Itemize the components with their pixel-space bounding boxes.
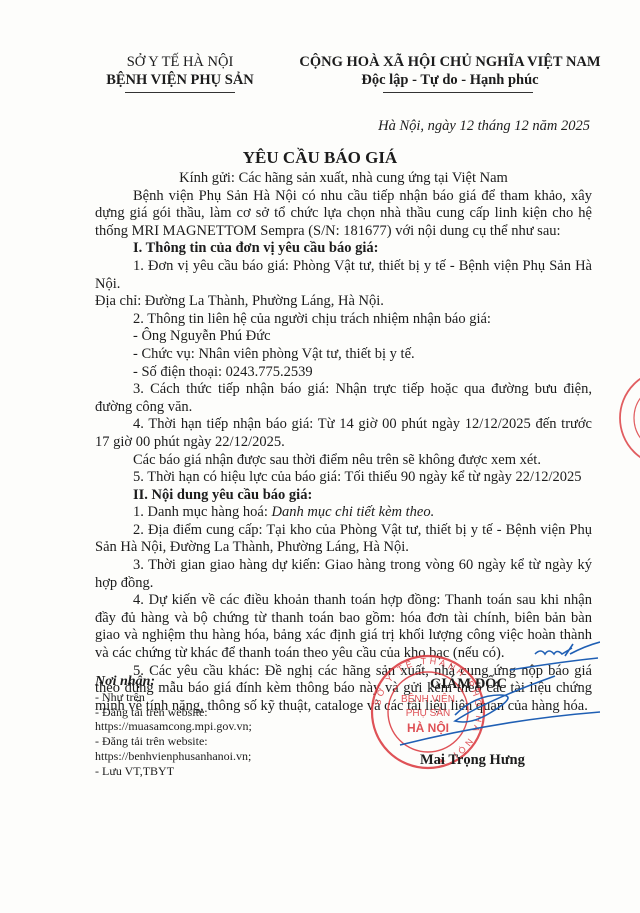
partial-stamp-edge bbox=[614, 368, 640, 468]
document-body: Kính gửi: Các hãng sản xuất, nhà cung ứn… bbox=[95, 168, 592, 715]
issuer-department: SỞ Y TẾ HÀ NỘI bbox=[95, 53, 265, 71]
intro-paragraph: Bệnh viện Phụ Sản Hà Nội có nhu cầu tiếp… bbox=[95, 188, 592, 241]
recipient-line: - Đăng tải trên website: bbox=[95, 734, 325, 749]
section-2-item-1: 1. Danh mục hàng hoá: Danh mục chi tiết … bbox=[95, 504, 592, 522]
section-1-item-1: 1. Đơn vị yêu cầu báo giá: Phòng Vật tư,… bbox=[95, 258, 592, 293]
recipient-line: - Như trên bbox=[95, 690, 325, 705]
section-2-item-3: 3. Thời gian giao hàng dự kiến: Giao hàn… bbox=[95, 557, 592, 592]
recipient-line: Kính gửi: Các hãng sản xuất, nhà cung ứn… bbox=[95, 170, 592, 188]
recipient-line: - Lưu VT,TBYT bbox=[95, 764, 325, 779]
section-1-item-4-note: Các báo giá nhận được sau thời điểm nêu … bbox=[95, 452, 592, 470]
section-1-item-2: 2. Thông tin liên hệ của người chịu trác… bbox=[95, 311, 592, 329]
item-1-value: Danh mục chi tiết kèm theo. bbox=[272, 504, 435, 520]
section-1-address: Địa chỉ: Đường La Thành, Phường Láng, Hà… bbox=[95, 293, 592, 311]
recipient-line: - Đăng tải trên website: bbox=[95, 705, 325, 720]
motto-underline bbox=[383, 92, 533, 93]
section-2-heading: II. Nội dung yêu cầu báo giá: bbox=[95, 487, 592, 505]
contact-phone: - Số điện thoại: 0243.775.2539 bbox=[95, 364, 592, 382]
contact-name: - Ông Nguyễn Phú Đức bbox=[95, 328, 592, 346]
motto: Độc lập - Tự do - Hạnh phúc bbox=[290, 71, 610, 89]
country-name: CỘNG HOÀ XÃ HỘI CHỦ NGHĨA VIỆT NAM bbox=[290, 53, 610, 71]
section-2-item-2: 2. Địa điểm cung cấp: Tại kho của Phòng … bbox=[95, 522, 592, 557]
section-1-item-4: 4. Thời hạn tiếp nhận báo giá: Từ 14 giờ… bbox=[95, 416, 592, 451]
recipients-block: Nơi nhận: - Như trên - Đăng tải trên web… bbox=[95, 675, 325, 779]
issuer-block: SỞ Y TẾ HÀ NỘI BỆNH VIỆN PHỤ SẢN bbox=[95, 53, 265, 89]
section-1-item-5: 5. Thời hạn có hiệu lực của báo giá: Tối… bbox=[95, 469, 592, 487]
national-motto-block: CỘNG HOÀ XÃ HỘI CHỦ NGHĨA VIỆT NAM Độc l… bbox=[290, 53, 610, 89]
issuer-underline bbox=[125, 92, 235, 93]
document-title: YÊU CẦU BÁO GIÁ bbox=[0, 148, 640, 168]
signature-scribble bbox=[360, 640, 600, 760]
issuer-hospital: BỆNH VIỆN PHỤ SẢN bbox=[95, 71, 265, 89]
document-date: Hà Nội, ngày 12 tháng 12 năm 2025 bbox=[330, 118, 590, 135]
section-1-item-3: 3. Cách thức tiếp nhận báo giá: Nhận trự… bbox=[95, 381, 592, 416]
recipient-line: https://benhvienphusanhanoi.vn; bbox=[95, 749, 325, 764]
item-1-label: 1. Danh mục hàng hoá: bbox=[133, 504, 272, 520]
contact-title: - Chức vụ: Nhân viên phòng Vật tư, thiết… bbox=[95, 346, 592, 364]
recipients-heading: Nơi nhận: bbox=[95, 675, 325, 690]
section-1-heading: I. Thông tin của đơn vị yêu cầu báo giá: bbox=[95, 240, 592, 258]
recipient-line: https://muasamcong.mpi.gov.vn; bbox=[95, 719, 325, 734]
